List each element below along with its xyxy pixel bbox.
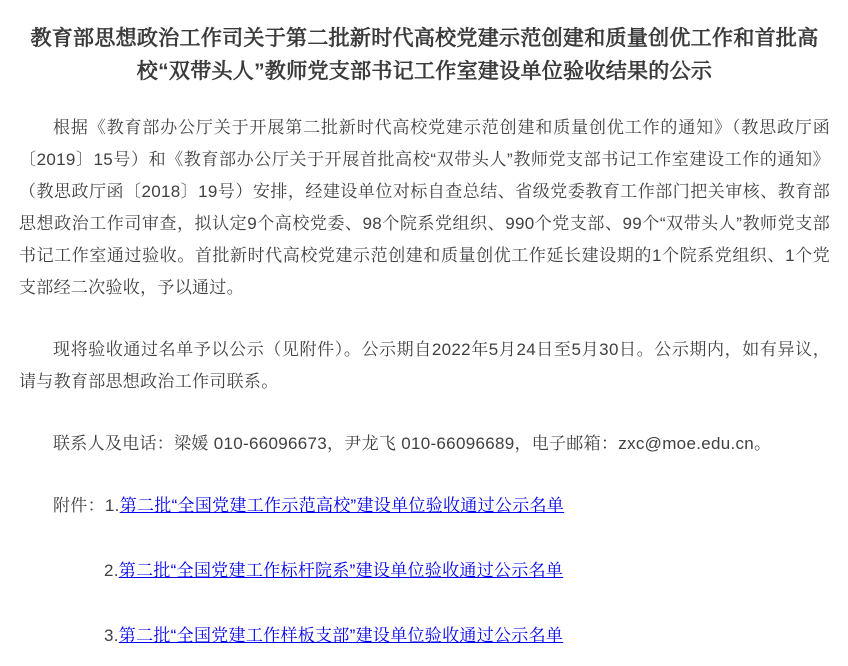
paragraph-publicity-period: 现将验收通过名单予以公示（见附件）。公示期自2022年5月24日至5月30日。公… xyxy=(19,334,830,398)
attachment-line-1: 附件：1.第二批“全国党建工作示范高校”建设单位验收通过公示名单 xyxy=(19,490,830,522)
attachment-line-2: 2.第二批“全国党建工作标杆院系”建设单位验收通过公示名单 xyxy=(19,555,830,587)
announcement-document: 教育部思想政治工作司关于第二批新时代高校党建示范创建和质量创优工作和首批高校“双… xyxy=(0,0,848,652)
attachments-prefix-label: 附件： xyxy=(53,496,105,515)
attachment-line-3: 3.第二批“全国党建工作样板支部”建设单位验收通过公示名单 xyxy=(19,620,830,652)
paragraph-contact-info: 联系人及电话：梁媛 010-66096673，尹龙飞 010-66096689，… xyxy=(19,428,830,460)
attachment-2-number: 2. xyxy=(104,561,119,580)
paragraph-basis-and-results: 根据《教育部办公厅关于开展第二批新时代高校党建示范创建和质量创优工作的通知》（教… xyxy=(19,112,830,304)
attachment-1-number: 1. xyxy=(105,496,120,515)
attachment-3-number: 3. xyxy=(104,626,119,645)
attachment-link-benchmark-departments[interactable]: 第二批“全国党建工作标杆院系”建设单位验收通过公示名单 xyxy=(119,561,563,580)
page-title: 教育部思想政治工作司关于第二批新时代高校党建示范创建和质量创优工作和首批高校“双… xyxy=(19,22,830,88)
attachment-link-model-branches[interactable]: 第二批“全国党建工作样板支部”建设单位验收通过公示名单 xyxy=(119,626,563,645)
attachment-link-demonstration-universities[interactable]: 第二批“全国党建工作示范高校”建设单位验收通过公示名单 xyxy=(120,496,564,515)
